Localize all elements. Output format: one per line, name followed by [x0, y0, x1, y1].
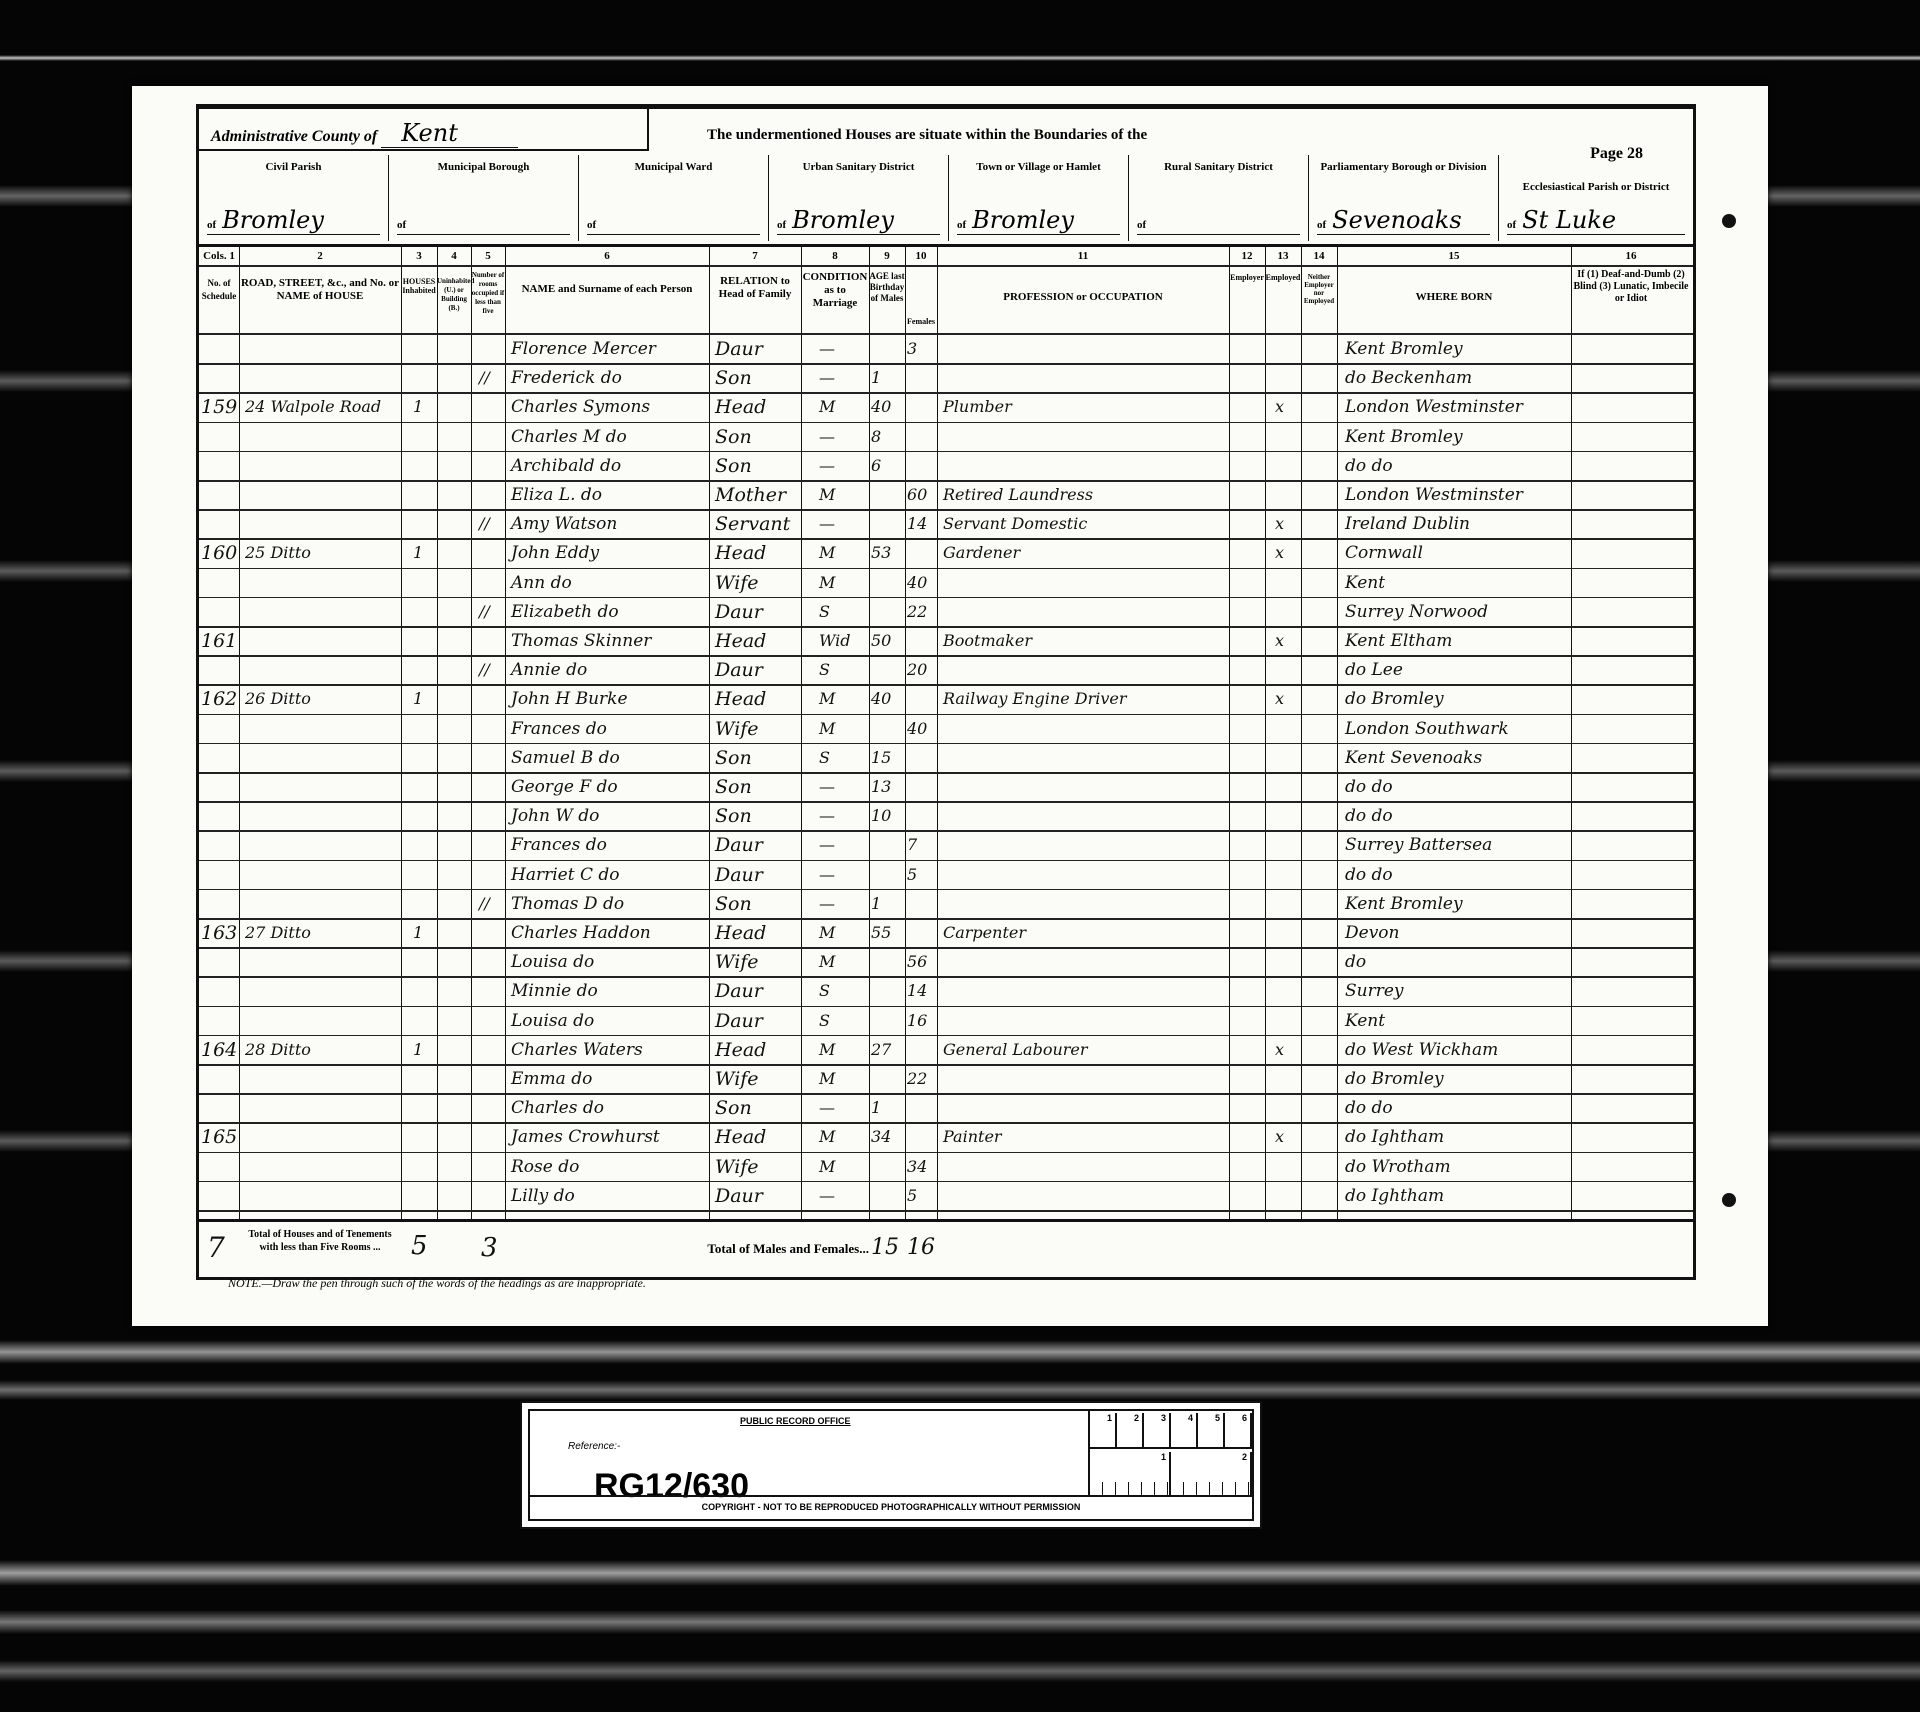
row-relation: Wife	[715, 1065, 759, 1093]
col-num: 3	[401, 250, 437, 262]
row-birthplace: Ireland Dublin	[1345, 510, 1470, 538]
district-rural-sanitary: Rural Sanitary District of	[1129, 155, 1309, 241]
ruler-cm-mark: 4	[1171, 1413, 1198, 1447]
film-stripe	[0, 1560, 1920, 1586]
row-address: 25 Ditto	[245, 539, 311, 567]
row-age-female: 34	[907, 1153, 927, 1181]
ruler-cm-mark: 1	[1090, 1413, 1117, 1447]
row-occupation: Gardener	[943, 539, 1020, 567]
col-header: Uninhabited (U.) or Building (B.)	[437, 277, 471, 313]
row-relation: Head	[715, 1123, 766, 1151]
col-header: No. of Schedule	[199, 277, 239, 303]
film-stripe	[0, 1340, 1920, 1364]
col-num: Cols. 1	[199, 250, 239, 262]
row-name: Emma do	[511, 1065, 592, 1093]
row-relation: Daur	[715, 1007, 763, 1035]
row-age-female: 14	[907, 977, 927, 1005]
row-birthplace: Surrey	[1345, 977, 1404, 1005]
col-num: 8	[801, 250, 869, 262]
row-birthplace: Kent Bromley	[1345, 423, 1463, 451]
row-relation: Wife	[715, 948, 759, 976]
row-name: Amy Watson	[511, 510, 617, 538]
row-age-male: 40	[871, 685, 891, 713]
district-town: Town or Village or Hamlet ofBromley	[949, 155, 1129, 241]
row-condition: S	[819, 977, 830, 1005]
row-condition: —	[819, 423, 835, 451]
reference-label: PUBLIC RECORD OFFICE Reference:- RG12/63…	[520, 1401, 1262, 1529]
row-relation: Head	[715, 627, 766, 655]
row-occupation: Plumber	[943, 393, 1012, 421]
row-birthplace: do Ightham	[1345, 1123, 1444, 1151]
row-condition: —	[819, 364, 835, 392]
row-schedule: 165	[201, 1123, 237, 1151]
col-header: HOUSES Inhabited	[401, 277, 437, 295]
row-occupation: General Labourer	[943, 1036, 1088, 1064]
census-table: Cols. 1 2 3 4 5 6 7 8 9 10 11 12 13 14 1…	[199, 247, 1693, 1221]
row-name: John W do	[511, 802, 599, 830]
row-age-female: 3	[907, 335, 917, 363]
district-municipal-borough: Municipal Borough of	[389, 155, 579, 241]
row-rooms: //	[479, 364, 490, 392]
row-age-female: 7	[907, 831, 917, 859]
row-relation: Daur	[715, 598, 763, 626]
row-relation: Head	[715, 685, 766, 713]
row-name: Louisa do	[511, 1007, 594, 1035]
row-birthplace: do do	[1345, 802, 1393, 830]
district-label: Urban Sanitary District	[769, 161, 948, 173]
row-relation: Wife	[715, 715, 759, 743]
form-note: NOTE.—Draw the pen through such of the w…	[228, 1276, 646, 1291]
row-relation: Daur	[715, 1182, 763, 1210]
col-header: PROFESSION or OCCUPATION	[937, 291, 1229, 304]
row-condition: M	[819, 948, 835, 976]
row-relation: Son	[715, 744, 752, 772]
row-birthplace: do do	[1345, 773, 1393, 801]
row-condition: M	[819, 1065, 835, 1093]
row-divider	[199, 1006, 1693, 1008]
district-value: Bromley	[792, 206, 894, 234]
row-birthplace: do do	[1345, 1094, 1393, 1122]
film-stripe	[0, 1660, 1920, 1682]
row-condition: —	[819, 773, 835, 801]
row-birthplace: do	[1345, 948, 1366, 976]
row-rooms: //	[479, 510, 490, 538]
row-address: 27 Ditto	[245, 919, 311, 947]
boundary-title: The undermentioned Houses are situate wi…	[707, 127, 1147, 144]
row-name: George F do	[511, 773, 618, 801]
row-condition: S	[819, 1007, 830, 1035]
row-relation: Head	[715, 539, 766, 567]
row-employed: x	[1275, 510, 1284, 538]
row-name: Archibald do	[511, 452, 621, 480]
row-divider	[199, 772, 1693, 774]
row-divider	[199, 1181, 1693, 1183]
row-age-male: 34	[871, 1123, 891, 1151]
row-divider	[199, 1064, 1693, 1066]
col-header: Employer	[1229, 273, 1265, 282]
row-birthplace: London Westminster	[1345, 481, 1523, 509]
copyright-notice: COPYRIGHT - NOT TO BE REPRODUCED PHOTOGR…	[530, 1495, 1252, 1519]
row-schedule: 163	[201, 919, 237, 947]
row-occupation: Railway Engine Driver	[943, 685, 1127, 713]
col-num: 11	[937, 250, 1229, 262]
row-birthplace: do Bromley	[1345, 685, 1444, 713]
row-relation: Mother	[715, 481, 786, 509]
row-relation: Head	[715, 919, 766, 947]
row-schedule: 164	[201, 1036, 237, 1064]
row-age-female: 40	[907, 569, 927, 597]
row-age-male: 53	[871, 539, 891, 567]
row-name: James Crowhurst	[511, 1123, 660, 1151]
district-label: Municipal Ward	[579, 161, 768, 173]
row-birthplace: Cornwall	[1345, 539, 1423, 567]
district-parliamentary: Parliamentary Borough or Division ofSeve…	[1309, 155, 1499, 241]
district-civil-parish: Civil Parish ofBromley	[199, 155, 389, 241]
row-condition: S	[819, 656, 830, 684]
row-rooms: //	[479, 598, 490, 626]
row-rooms: //	[479, 890, 490, 918]
row-occupation: Painter	[943, 1123, 1002, 1151]
row-age-male: 13	[871, 773, 891, 801]
row-name: Charles Haddon	[511, 919, 651, 947]
row-condition: M	[819, 715, 835, 743]
row-condition: —	[819, 510, 835, 538]
row-name: Rose do	[511, 1153, 579, 1181]
row-name: Samuel B do	[511, 744, 620, 772]
row-age-female: 14	[907, 510, 927, 538]
row-name: Frederick do	[511, 364, 622, 392]
admin-county-value: Kent	[381, 119, 518, 148]
scale-ruler: 123456 12	[1088, 1411, 1252, 1497]
admin-county: Administrative County of Kent	[199, 109, 649, 151]
col-header: CONDITION as to Marriage	[801, 271, 869, 310]
row-employed: x	[1275, 539, 1284, 567]
row-name: Harriet C do	[511, 861, 619, 889]
row-birthplace: London Southwark	[1345, 715, 1509, 743]
row-condition: Wid	[819, 627, 851, 655]
ruler-cm-mark: 3	[1144, 1413, 1171, 1447]
district-municipal-ward: Municipal Ward of	[579, 155, 769, 241]
col-num: 6	[505, 250, 709, 262]
row-relation: Son	[715, 890, 752, 918]
row-relation: Wife	[715, 569, 759, 597]
row-relation: Daur	[715, 656, 763, 684]
row-condition: —	[819, 890, 835, 918]
row-birthplace: do do	[1345, 452, 1393, 480]
district-label: Municipal Borough	[389, 161, 578, 173]
row-name: Minnie do	[511, 977, 598, 1005]
row-relation: Son	[715, 1094, 752, 1122]
district-urban-sanitary: Urban Sanitary District ofBromley	[769, 155, 949, 241]
total-houses-label: Total of Houses and of Tenements with le…	[243, 1228, 397, 1254]
row-birthplace: do West Wickham	[1345, 1036, 1498, 1064]
row-age-male: 1	[871, 1094, 881, 1122]
office-name: PUBLIC RECORD OFFICE	[740, 1416, 851, 1426]
col-num: 14	[1301, 250, 1337, 262]
row-birthplace: do Lee	[1345, 656, 1403, 684]
total-rooms: 3	[481, 1234, 498, 1262]
row-age-female: 60	[907, 481, 927, 509]
col-header: NAME and Surname of each Person	[505, 283, 709, 296]
row-condition: —	[819, 452, 835, 480]
row-age-male: 15	[871, 744, 891, 772]
row-age-female: 56	[907, 948, 927, 976]
row-name: Thomas D do	[511, 890, 624, 918]
row-birthplace: London Westminster	[1345, 393, 1523, 421]
form-header: Administrative County of Kent The underm…	[199, 109, 1693, 247]
total-houses-inhabited: 5	[411, 1232, 428, 1260]
row-age-female: 20	[907, 656, 927, 684]
row-condition: —	[819, 802, 835, 830]
district-value: Bromley	[972, 206, 1074, 234]
row-birthplace: Kent Bromley	[1345, 335, 1463, 363]
col-header: If (1) Deaf-and-Dumb (2) Blind (3) Lunat…	[1571, 269, 1691, 305]
col-header: Employed	[1265, 273, 1301, 282]
row-age-male: 6	[871, 452, 881, 480]
row-condition: M	[819, 919, 835, 947]
row-age-female: 40	[907, 715, 927, 743]
col-num: 5	[471, 250, 505, 262]
row-name: John H Burke	[511, 685, 628, 713]
col-num: 10	[905, 250, 937, 262]
row-name: John Eddy	[511, 539, 599, 567]
row-age-female: 5	[907, 861, 917, 889]
row-condition: —	[819, 1094, 835, 1122]
district-label: Rural Sanitary District	[1129, 161, 1308, 173]
row-birthplace: Devon	[1345, 919, 1399, 947]
row-inhabited: 1	[413, 919, 423, 947]
row-birthplace: do Bromley	[1345, 1065, 1444, 1093]
row-divider	[199, 1152, 1693, 1154]
row-occupation: Retired Laundress	[943, 481, 1093, 509]
row-age-male: 27	[871, 1036, 891, 1064]
total-males: 15	[871, 1234, 899, 1262]
row-employed: x	[1275, 685, 1284, 713]
row-name: Frances do	[511, 831, 607, 859]
row-occupation: Bootmaker	[943, 627, 1032, 655]
row-condition: M	[819, 569, 835, 597]
total-females: 16	[907, 1234, 935, 1262]
row-condition: —	[819, 1182, 835, 1210]
film-stripe	[0, 1380, 1920, 1400]
row-address: 28 Ditto	[245, 1036, 311, 1064]
row-relation: Son	[715, 802, 752, 830]
row-birthplace: Kent Sevenoaks	[1345, 744, 1482, 772]
row-birthplace: do Beckenham	[1345, 364, 1472, 392]
row-name: Charles M do	[511, 423, 627, 451]
row-divider	[199, 1093, 1693, 1095]
row-name: Ann do	[511, 569, 572, 597]
row-relation: Head	[715, 1036, 766, 1064]
row-divider	[199, 1210, 1693, 1212]
col-header: Number of rooms occupied if less than fi…	[471, 271, 505, 316]
col-header: RELATION to Head of Family	[709, 275, 801, 301]
row-relation: Daur	[715, 977, 763, 1005]
row-birthplace: Surrey Norwood	[1345, 598, 1488, 626]
row-employed: x	[1275, 1036, 1284, 1064]
district-prefix: of	[1137, 219, 1146, 231]
row-divider	[199, 451, 1693, 453]
district-prefix: of	[1507, 219, 1516, 231]
film-stripe	[0, 55, 1920, 61]
col-header: Neither Employer nor Employed	[1301, 273, 1337, 305]
row-inhabited: 1	[413, 685, 423, 713]
row-employed: x	[1275, 627, 1284, 655]
census-form: Administrative County of Kent The underm…	[196, 104, 1696, 1280]
row-age-female: 16	[907, 1007, 927, 1035]
row-condition: S	[819, 744, 830, 772]
row-name: Elizabeth do	[511, 598, 619, 626]
row-birthplace: Kent	[1345, 569, 1385, 597]
row-birthplace: Surrey Battersea	[1345, 831, 1492, 859]
district-value: St Luke	[1522, 206, 1616, 234]
row-name: Charles Symons	[511, 393, 650, 421]
row-employed: x	[1275, 393, 1284, 421]
row-name: Charles Waters	[511, 1036, 643, 1064]
row-age-female: 5	[907, 1182, 917, 1210]
row-schedule: 160	[201, 539, 237, 567]
col-num: 12	[1229, 250, 1265, 262]
row-relation: Wife	[715, 1153, 759, 1181]
row-divider	[199, 860, 1693, 862]
row-age-male: 40	[871, 393, 891, 421]
census-page: Administrative County of Kent The underm…	[132, 86, 1768, 1326]
row-condition: M	[819, 1123, 835, 1151]
row-age-female: 22	[907, 598, 927, 626]
row-rooms: //	[479, 656, 490, 684]
row-name: Thomas Skinner	[511, 627, 651, 655]
col-num: 7	[709, 250, 801, 262]
row-relation: Head	[715, 393, 766, 421]
row-schedule: 161	[201, 627, 237, 655]
col-header: AGE last Birthday of Males	[869, 271, 905, 304]
row-name: Lilly do	[511, 1182, 575, 1210]
row-relation: Son	[715, 364, 752, 392]
district-label: Town or Village or Hamlet	[949, 161, 1128, 173]
ruler-cm-mark: 5	[1198, 1413, 1225, 1447]
row-name: Eliza L. do	[511, 481, 602, 509]
admin-county-label: Administrative County of	[211, 128, 377, 145]
district-label: Parliamentary Borough or Division	[1309, 161, 1498, 173]
row-relation: Daur	[715, 861, 763, 889]
row-occupation: Carpenter	[943, 919, 1026, 947]
row-age-male: 50	[871, 627, 891, 655]
row-condition: —	[819, 861, 835, 889]
col-header: WHERE BORN	[1337, 291, 1571, 304]
ruler-inch-mark: 2	[1171, 1452, 1252, 1495]
row-relation: Servant	[715, 510, 790, 538]
row-relation: Daur	[715, 335, 763, 363]
district-prefix: of	[777, 219, 786, 231]
row-name: Frances do	[511, 715, 607, 743]
col-num: 2	[239, 250, 401, 262]
row-name: Louisa do	[511, 948, 594, 976]
row-divider	[199, 655, 1693, 657]
row-divider	[199, 568, 1693, 570]
row-relation: Son	[715, 423, 752, 451]
row-inhabited: 1	[413, 393, 423, 421]
row-birthplace: Kent Eltham	[1345, 627, 1452, 655]
binding-hole	[1722, 1193, 1736, 1207]
row-condition: M	[819, 1036, 835, 1064]
row-birthplace: do Ightham	[1345, 1182, 1444, 1210]
district-prefix: of	[207, 219, 216, 231]
row-age-female: 22	[907, 1065, 927, 1093]
row-condition: M	[819, 539, 835, 567]
district-label: Ecclesiastical Parish or District	[1499, 181, 1693, 193]
row-occupation: Servant Domestic	[943, 510, 1087, 538]
ruler-cm-mark: 6	[1225, 1413, 1252, 1447]
row-address: 26 Ditto	[245, 685, 311, 713]
row-age-male: 55	[871, 919, 891, 947]
ruler-cm-mark: 2	[1117, 1413, 1144, 1447]
row-birthplace: Kent	[1345, 1007, 1385, 1035]
row-age-male: 1	[871, 364, 881, 392]
col-num: 13	[1265, 250, 1301, 262]
row-age-male: 10	[871, 802, 891, 830]
district-value: Sevenoaks	[1332, 206, 1461, 234]
total-persons-label: Total of Males and Females...	[619, 1242, 869, 1255]
row-divider	[199, 889, 1693, 891]
row-schedule: 159	[201, 393, 237, 421]
row-condition: —	[819, 335, 835, 363]
district-ecclesiastical: Ecclesiastical Parish or District ofSt L…	[1499, 155, 1693, 241]
row-condition: M	[819, 685, 835, 713]
district-label: Civil Parish	[199, 161, 388, 173]
row-birthplace: do do	[1345, 861, 1393, 889]
row-condition: M	[819, 393, 835, 421]
row-birthplace: do Wrotham	[1345, 1153, 1451, 1181]
reference-caption: Reference:-	[568, 1441, 620, 1452]
row-condition: M	[819, 1153, 835, 1181]
row-relation: Son	[715, 452, 752, 480]
row-name: Florence Mercer	[511, 335, 656, 363]
col-num: 16	[1571, 250, 1691, 262]
row-divider	[199, 976, 1693, 978]
col-num: 15	[1337, 250, 1571, 262]
row-condition: —	[819, 831, 835, 859]
row-employed: x	[1275, 1123, 1284, 1151]
col-num: 9	[869, 250, 905, 262]
row-age-male: 8	[871, 423, 881, 451]
film-stripe	[0, 1610, 1920, 1634]
col-header: Females	[905, 315, 937, 328]
row-relation: Son	[715, 773, 752, 801]
district-value: Bromley	[222, 206, 324, 234]
total-schedules: 7	[207, 1234, 225, 1262]
totals-row: 7 Total of Houses and of Tenements with …	[199, 1219, 1693, 1280]
row-condition: M	[819, 481, 835, 509]
row-address: 24 Walpole Road	[245, 393, 381, 421]
district-prefix: of	[957, 219, 966, 231]
row-name: Annie do	[511, 656, 587, 684]
col-num: 4	[437, 250, 471, 262]
row-schedule: 162	[201, 685, 237, 713]
district-prefix: of	[397, 219, 406, 231]
district-prefix: of	[1317, 219, 1326, 231]
row-relation: Daur	[715, 831, 763, 859]
district-prefix: of	[587, 219, 596, 231]
binding-hole	[1722, 214, 1736, 228]
ruler-inch-mark: 1	[1090, 1452, 1171, 1495]
row-divider	[199, 947, 1693, 949]
row-inhabited: 1	[413, 1036, 423, 1064]
row-name: Charles do	[511, 1094, 604, 1122]
row-age-male: 1	[871, 890, 881, 918]
row-inhabited: 1	[413, 539, 423, 567]
row-divider	[199, 801, 1693, 803]
row-condition: S	[819, 598, 830, 626]
